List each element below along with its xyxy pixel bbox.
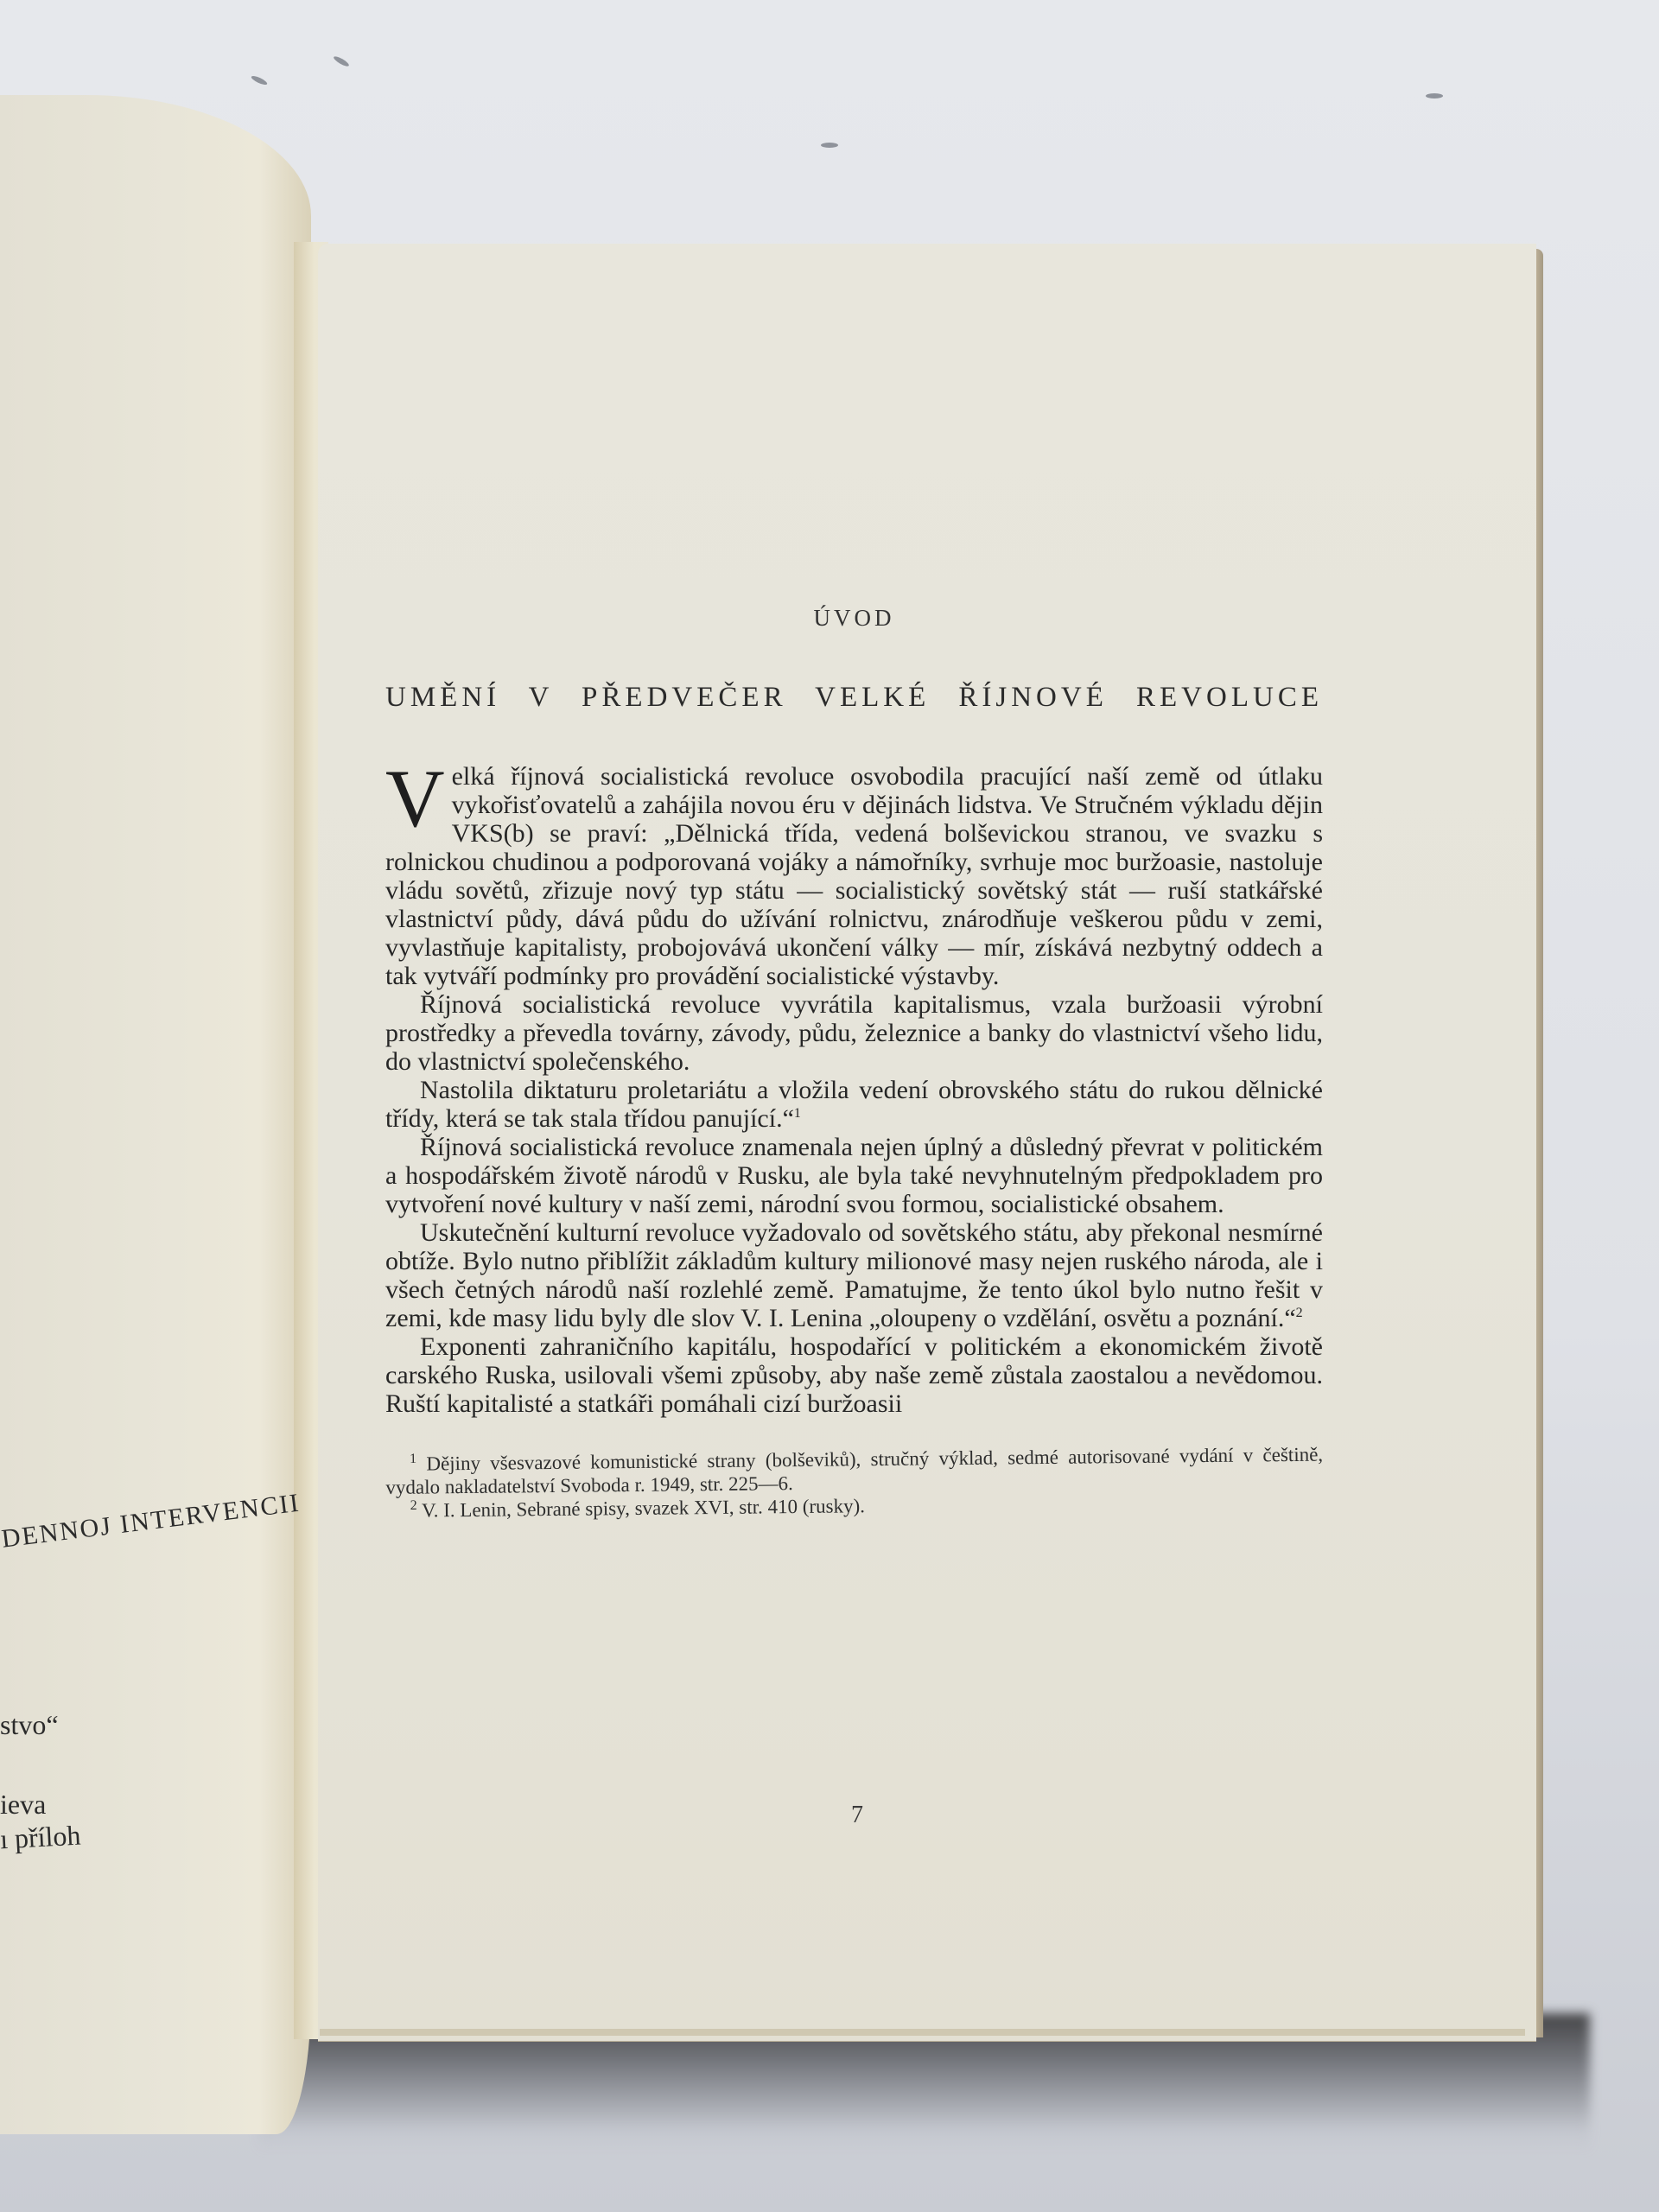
drop-cap: V [385,767,445,829]
speck [821,143,838,148]
paragraph-text: Nastolila diktaturu proletariátu a vloži… [385,1076,1323,1133]
page-number: 7 [851,1802,863,1829]
footnote-mark: 1 [410,1452,416,1466]
footnote-ref[interactable]: 1 [794,1106,801,1121]
left-page-line-fragment: stvo“ [0,1709,59,1741]
footnote-mark: 2 [410,1498,417,1513]
footnote-ref[interactable]: 2 [1296,1306,1303,1320]
chapter-title: UMĚNÍ V PŘEDVEČER VELKÉ ŘÍJNOVÉ REVOLUCE [385,682,1323,714]
paragraph: Exponenti zahraničního kapitálu, hospoda… [385,1332,1323,1418]
speck [1426,93,1443,99]
page-bottom-edge [320,2029,1525,2036]
paragraph: Říjnová socialistická revoluce znamenala… [385,1133,1323,1218]
paragraph: Velká říjnová socialistická revoluce osv… [385,762,1323,990]
paragraph-text: Říjnová socialistická revoluce vyvrátila… [385,990,1323,1076]
paragraph: Uskutečnění kulturní revoluce vyžadovalo… [385,1218,1323,1332]
section-kicker: ÚVOD [385,605,1323,632]
paragraph-text: elká říjnová socialistická revoluce osvo… [385,762,1323,990]
paragraph-text: Říjnová socialistická revoluce znamenala… [385,1133,1323,1218]
paragraph: Říjnová socialistická revoluce vyvrátila… [385,990,1323,1076]
paragraph-text: Exponenti zahraničního kapitálu, hospoda… [385,1332,1323,1418]
paragraph: Nastolila diktaturu proletariátu a vloži… [385,1076,1323,1133]
left-page-line-fragment: ı příloh [0,1820,81,1856]
body-text: Velká říjnová socialistická revoluce osv… [385,762,1323,1418]
footnote-text: V. I. Lenin, Sebrané spisy, svazek XVI, … [422,1495,865,1521]
page-content: ÚVOD UMĚNÍ V PŘEDVEČER VELKÉ ŘÍJNOVÉ REV… [385,605,1323,1522]
paragraph-text: Uskutečnění kulturní revoluce vyžadovalo… [385,1218,1323,1332]
left-page-line-fragment: ieva [0,1789,46,1821]
footnotes: 1 Dějiny všesvazové komunistické strany … [385,1443,1324,1522]
